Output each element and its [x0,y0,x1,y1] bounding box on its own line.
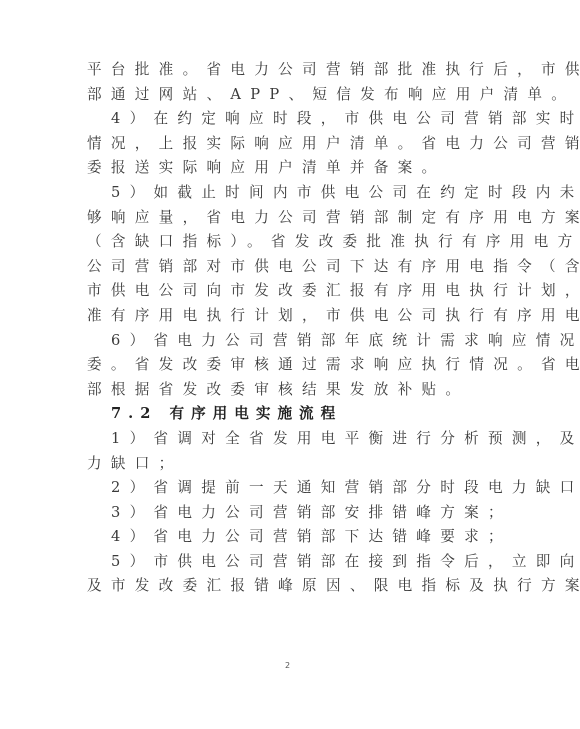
text-line: 市供电公司向市发改委汇报有序用电执行计划，市发改委批 [87,279,495,304]
text-line: 情况，上报实际响应用户清单。省电力公司营销部向省发改 [87,132,495,157]
text-line: 力缺口； [87,452,495,477]
step-4-line: 4）省电力公司营销部下达错峰要求； [87,525,495,550]
paragraph-item-5-line: 5）如截止时间内市供电公司在约定时段内未征集到足 [87,181,495,206]
section-heading: 7.2 有序用电实施流程 [87,402,495,427]
text-line: 公司营销部对市供电公司下达有序用电指令（含缺口指标）。 [87,255,495,280]
text-line: 委。省发改委审核通过需求响应执行情况。省电力公司营销 [87,353,495,378]
text-line: 够响应量，省电力公司营销部制定有序用电方案报省发改委 [87,206,495,231]
step-3-line: 3）省电力公司营销部安排错峰方案； [87,501,495,526]
step-1-line: 1）省调对全省发用电平衡进行分析预测，及时预测电 [87,427,495,452]
text-line: 及市发改委汇报错峰原因、限电指标及执行方案，请示同意 [87,574,495,599]
paragraph-item-4-line: 4）在约定响应时段，市供电公司营销部实时监测响应 [87,107,495,132]
text-line: （含缺口指标）。省发改委批准执行有序用电方案。省电力 [87,230,495,255]
page-number: 2 [285,661,290,670]
document-body: 平台批准。省电力公司营销部批准执行后，市供电公司营销 部通过网站、APP、短信发… [87,58,495,599]
text-line: 部根据省发改委审核结果发放补贴。 [87,378,495,403]
text-line: 平台批准。省电力公司营销部批准执行后，市供电公司营销 [87,58,495,83]
text-line: 部通过网站、APP、短信发布响应用户清单。 [87,83,495,108]
step-5-line: 5）市供电公司营销部在接到指令后，立即向分管领导 [87,550,495,575]
document-page: 平台批准。省电力公司营销部批准执行后，市供电公司营销 部通过网站、APP、短信发… [0,0,580,729]
text-line: 委报送实际响应用户清单并备案。 [87,156,495,181]
text-line: 准有序用电执行计划，市供电公司执行有序用电方案。 [87,304,495,329]
paragraph-item-6-line: 6）省电力公司营销部年底统计需求响应情况报省发改 [87,329,495,354]
step-2-line: 2）省调提前一天通知营销部分时段电力缺口情况； [87,476,495,501]
